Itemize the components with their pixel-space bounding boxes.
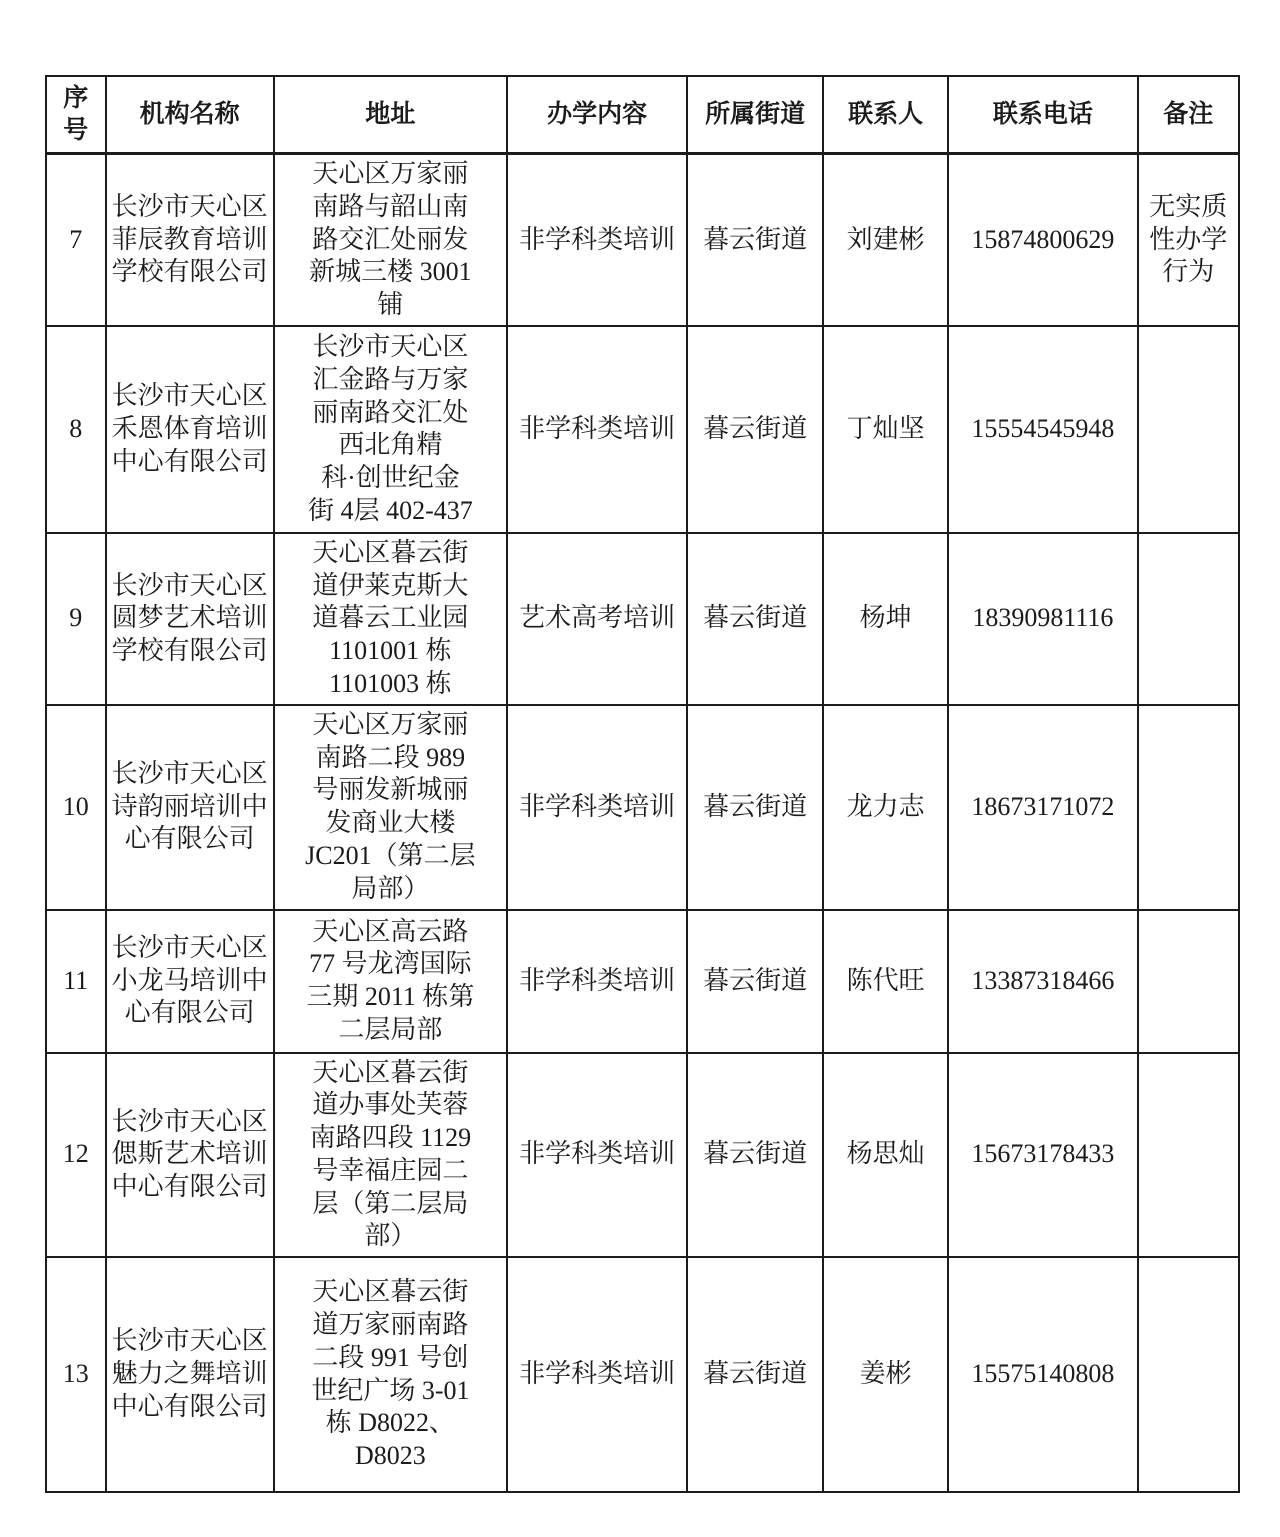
table-row: 7 长沙市天心区 菲辰教育培训 学校有限公司 天心区万家丽 南路与韶山南 路交汇… [46,154,1239,326]
cell-institution-name: 长沙市天心区 菲辰教育培训 学校有限公司 [106,154,274,326]
cell-street: 暮云街道 [687,1053,823,1258]
cell-teaching-content: 非学科类培训 [507,154,687,326]
table-row: 11 长沙市天心区 小龙马培训中 心有限公司 天心区高云路 77 号龙湾国际 三… [46,910,1239,1053]
table-row: 8 长沙市天心区 禾恩体育培训 中心有限公司 长沙市天心区 汇金路与万家 丽南路… [46,326,1239,533]
cell-remark: 无实质 性办学 行为 [1138,154,1239,326]
cell-contact-person: 杨坤 [823,533,948,705]
cell-address: 天心区万家丽 南路二段 989 号丽发新城丽 发商业大楼 JC201（第二层 局… [274,705,508,910]
cell-address: 天心区高云路 77 号龙湾国际 三期 2011 栋第 二层局部 [274,910,508,1053]
cell-address: 天心区万家丽 南路与韶山南 路交汇处丽发 新城三楼 3001 铺 [274,154,508,326]
cell-serial: 12 [46,1053,106,1258]
cell-street: 暮云街道 [687,1257,823,1492]
cell-contact-person: 龙力志 [823,705,948,910]
cell-phone: 15673178433 [948,1053,1137,1258]
cell-remark [1138,326,1239,533]
cell-teaching-content: 非学科类培训 [507,910,687,1053]
cell-remark [1138,533,1239,705]
cell-phone: 13387318466 [948,910,1137,1053]
cell-teaching-content: 非学科类培训 [507,1053,687,1258]
cell-remark [1138,910,1239,1053]
col-header-address: 地址 [274,76,508,154]
cell-phone: 15554545948 [948,326,1137,533]
col-header-phone: 联系电话 [948,76,1137,154]
cell-phone: 18673171072 [948,705,1137,910]
cell-contact-person: 姜彬 [823,1257,948,1492]
cell-contact-person: 杨思灿 [823,1053,948,1258]
cell-remark [1138,705,1239,910]
table-row: 12 长沙市天心区 偲斯艺术培训 中心有限公司 天心区暮云街 道办事处芙蓉 南路… [46,1053,1239,1258]
cell-teaching-content: 非学科类培训 [507,1257,687,1492]
cell-remark [1138,1257,1239,1492]
cell-contact-person: 刘建彬 [823,154,948,326]
table-row: 10 长沙市天心区 诗韵丽培训中 心有限公司 天心区万家丽 南路二段 989 号… [46,705,1239,910]
cell-institution-name: 长沙市天心区 偲斯艺术培训 中心有限公司 [106,1053,274,1258]
cell-street: 暮云街道 [687,533,823,705]
col-header-teaching-content: 办学内容 [507,76,687,154]
col-header-serial: 序 号 [46,76,106,154]
cell-serial: 10 [46,705,106,910]
cell-serial: 13 [46,1257,106,1492]
cell-street: 暮云街道 [687,326,823,533]
cell-address: 天心区暮云街 道伊莱克斯大 道暮云工业园 1101001 栋 1101003 栋 [274,533,508,705]
cell-address: 天心区暮云街 道办事处芙蓉 南路四段 1129 号幸福庄园二 层（第二层局 部） [274,1053,508,1258]
table-header-row: 序 号 机构名称 地址 办学内容 所属街道 联系人 联系电话 备注 [46,76,1239,154]
col-header-institution-name: 机构名称 [106,76,274,154]
cell-serial: 8 [46,326,106,533]
table-row: 9 长沙市天心区 圆梦艺术培训 学校有限公司 天心区暮云街 道伊莱克斯大 道暮云… [46,533,1239,705]
cell-street: 暮云街道 [687,705,823,910]
cell-contact-person: 陈代旺 [823,910,948,1053]
cell-teaching-content: 非学科类培训 [507,705,687,910]
cell-teaching-content: 艺术高考培训 [507,533,687,705]
cell-remark [1138,1053,1239,1258]
cell-contact-person: 丁灿坚 [823,326,948,533]
cell-institution-name: 长沙市天心区 禾恩体育培训 中心有限公司 [106,326,274,533]
cell-phone: 18390981116 [948,533,1137,705]
cell-teaching-content: 非学科类培训 [507,326,687,533]
table-row: 13 长沙市天心区 魅力之舞培训 中心有限公司 天心区暮云街 道万家丽南路 二段… [46,1257,1239,1492]
cell-street: 暮云街道 [687,154,823,326]
col-header-contact-person: 联系人 [823,76,948,154]
cell-phone: 15874800629 [948,154,1137,326]
cell-street: 暮云街道 [687,910,823,1053]
cell-address: 长沙市天心区 汇金路与万家 丽南路交汇处 西北角精 科·创世纪金 街 4层 40… [274,326,508,533]
cell-institution-name: 长沙市天心区 小龙马培训中 心有限公司 [106,910,274,1053]
col-header-street: 所属街道 [687,76,823,154]
cell-address: 天心区暮云街 道万家丽南路 二段 991 号创 世纪广场 3-01 栋 D802… [274,1257,508,1492]
cell-institution-name: 长沙市天心区 诗韵丽培训中 心有限公司 [106,705,274,910]
cell-institution-name: 长沙市天心区 圆梦艺术培训 学校有限公司 [106,533,274,705]
cell-serial: 7 [46,154,106,326]
cell-phone: 15575140808 [948,1257,1137,1492]
cell-serial: 9 [46,533,106,705]
col-header-remark: 备注 [1138,76,1239,154]
institutions-table: 序 号 机构名称 地址 办学内容 所属街道 联系人 联系电话 备注 7 长沙市天… [45,75,1240,1493]
cell-serial: 11 [46,910,106,1053]
cell-institution-name: 长沙市天心区 魅力之舞培训 中心有限公司 [106,1257,274,1492]
